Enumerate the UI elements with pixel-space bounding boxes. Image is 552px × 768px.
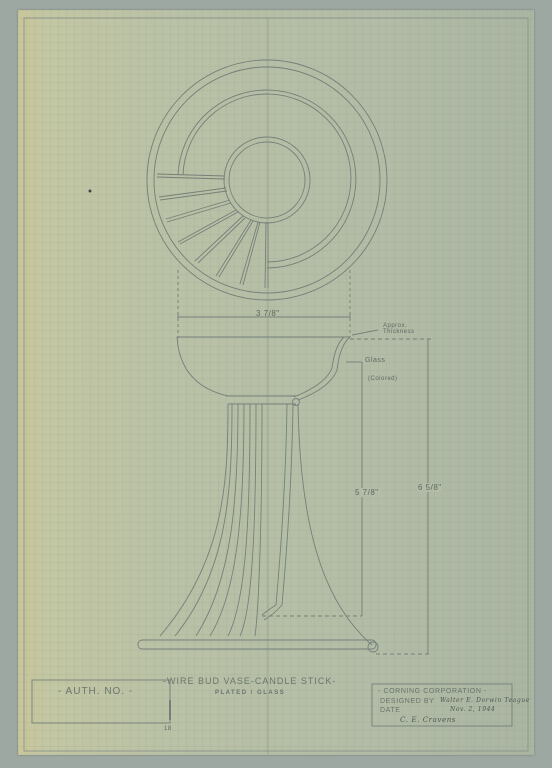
glass-note: Glass xyxy=(365,357,385,364)
ink-dot xyxy=(89,190,92,193)
drawing-title: -WIRE BUD VASE-CANDLE STICK- xyxy=(163,676,336,686)
date-label: DATE xyxy=(380,706,401,716)
signature: C. E. Cravens xyxy=(400,715,456,725)
bowl xyxy=(177,337,350,406)
base xyxy=(138,640,378,652)
drawing-subtitle: PLATED / GLASS xyxy=(215,690,285,696)
auth-number-label: - AUTH. NO. - xyxy=(58,686,133,697)
stem xyxy=(160,404,372,645)
technical-drawing xyxy=(0,0,552,768)
date-value: Nov. 2, 1944 xyxy=(450,705,495,715)
bowl-width-dimension: 3 7/8" xyxy=(256,309,280,318)
overall-height-dimension: 6 5/8" xyxy=(418,483,442,492)
top-view xyxy=(147,60,387,300)
colored-note: (Colored) xyxy=(368,376,398,382)
thickness-note: Approx. Thickness xyxy=(383,323,433,335)
stem-height-dimension: 5 7/8" xyxy=(355,488,379,497)
sheet-mark: 18 xyxy=(164,726,172,732)
sheet-border xyxy=(24,18,528,751)
